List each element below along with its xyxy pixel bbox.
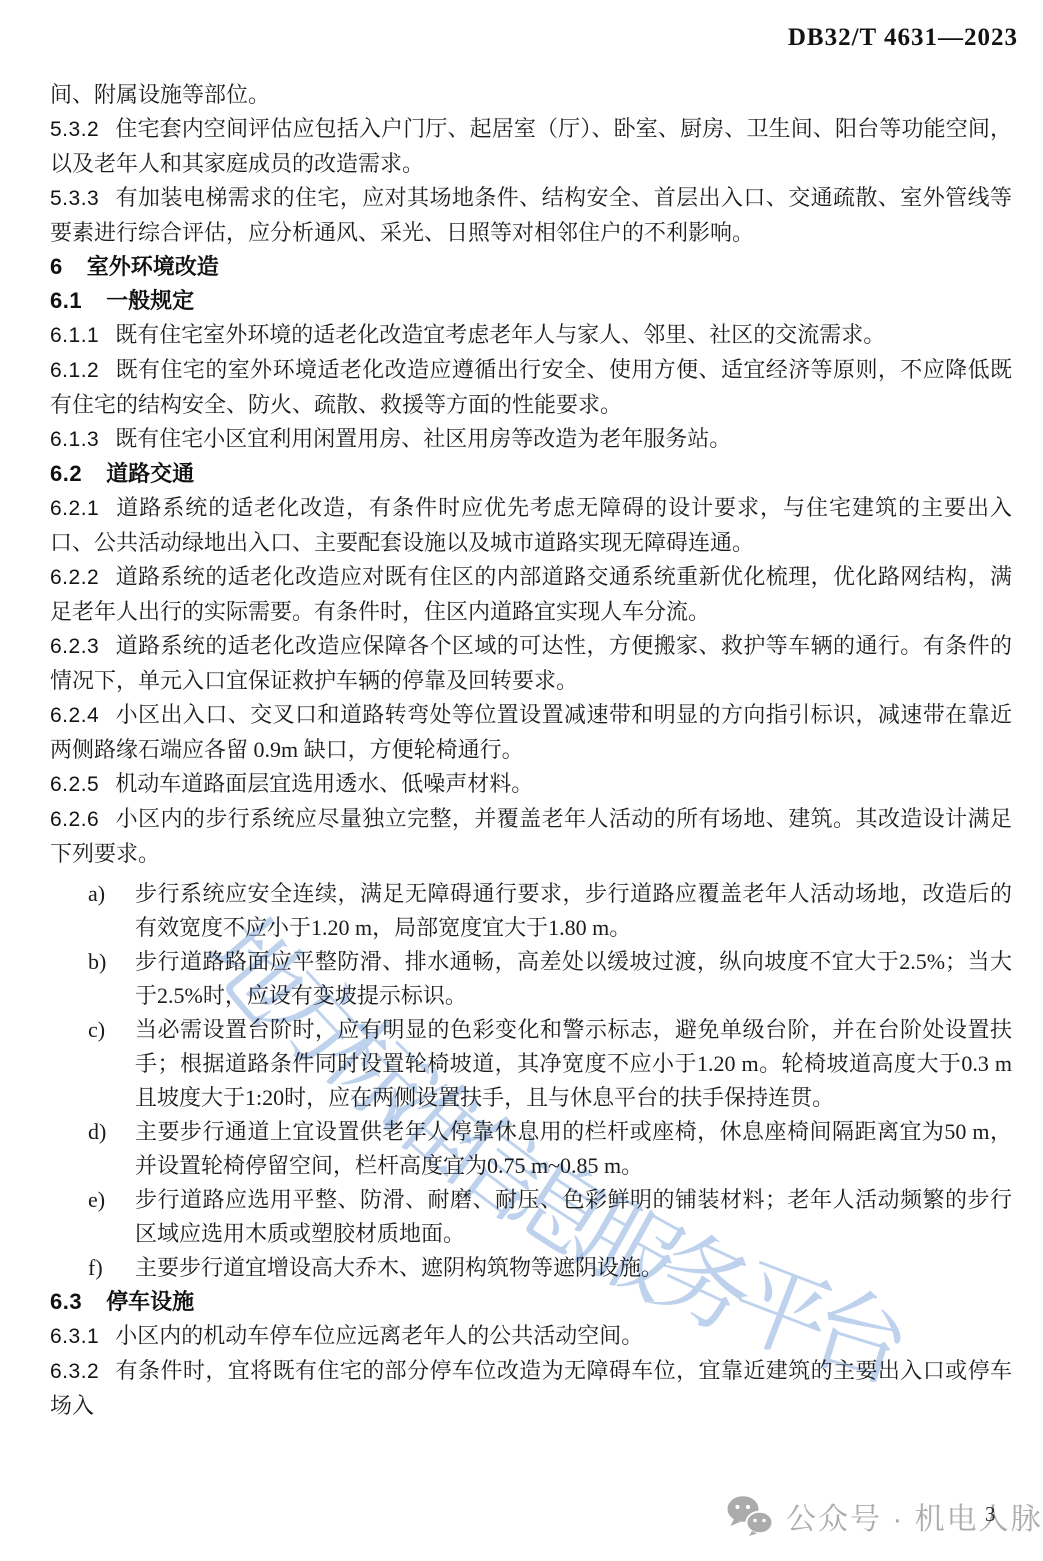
list-text: 主要步行道宜增设高大乔木、遮阴构筑物等遮阴设施。 [135, 1255, 663, 1280]
clause-6-2-4: 6.2.4小区出入口、交叉口和道路转弯处等位置设置减速带和明显的方向指引标识，减… [50, 698, 1012, 767]
list-marker: c) [88, 1013, 105, 1047]
heading-number: 6.2 [50, 461, 82, 486]
heading-title: 一般规定 [106, 288, 194, 313]
list-marker: b) [88, 945, 106, 979]
document-content: 间、附属设施等部位。 5.3.2住宅套内空间评估应包括入户门厅、起居室（厅）、卧… [50, 78, 1012, 1423]
clause-text: 道路系统的适老化改造应保障各个区域的可达性，方便搬家、救护等车辆的通行。有条件的… [50, 633, 1012, 693]
clause-number: 6.2.3 [50, 635, 99, 658]
heading-title: 停车设施 [106, 1289, 194, 1314]
list-text: 主要步行通道上宜设置供老年人停靠休息用的栏杆或座椅，休息座椅间隔距离宜为50 m… [135, 1119, 1012, 1178]
list-marker: f) [88, 1251, 103, 1285]
heading-6-3: 6.3停车设施 [50, 1285, 1012, 1319]
clause-number: 5.3.3 [50, 187, 99, 210]
clause-number: 6.3.2 [50, 1360, 99, 1383]
clause-6-2-1: 6.2.1道路系统的适老化改造，有条件时应优先考虑无障碍的设计要求，与住宅建筑的… [50, 491, 1012, 560]
list-text: 步行道路路面应平整防滑、排水通畅，高差处以缓坡过渡，纵向坡度不宜大于2.5%；当… [135, 949, 1012, 1008]
list-text: 步行系统应安全连续，满足无障碍通行要求，步行道路应覆盖老年人活动场地，改造后的有… [135, 881, 1012, 940]
heading-6: 6室外环境改造 [50, 250, 1012, 284]
clause-number: 6.2.5 [50, 773, 99, 796]
heading-title: 室外环境改造 [87, 254, 219, 279]
page-number: 3 [985, 1502, 996, 1527]
heading-6-1: 6.1一般规定 [50, 284, 1012, 318]
clause-number: 6.1.1 [50, 324, 99, 347]
clause-number: 6.2.1 [50, 497, 99, 520]
list-item-a: a)步行系统应安全连续，满足无障碍通行要求，步行道路应覆盖老年人活动场地，改造后… [50, 877, 1012, 945]
clause-number: 6.2.6 [50, 808, 99, 831]
wechat-icon [726, 1495, 774, 1537]
list-item-e: e)步行道路应选用平整、防滑、耐磨、耐压、色彩鲜明的铺装材料；老年人活动频繁的步… [50, 1183, 1012, 1251]
list-item-b: b)步行道路路面应平整防滑、排水通畅，高差处以缓坡过渡，纵向坡度不宜大于2.5%… [50, 945, 1012, 1013]
clause-text: 道路系统的适老化改造应对既有住区的内部道路交通系统重新优化梳理，优化路网结构，满… [50, 564, 1012, 624]
clause-6-1-1: 6.1.1既有住宅室外环境的适老化改造宜考虑老年人与家人、邻里、社区的交流需求。 [50, 318, 1012, 353]
heading-number: 6.3 [50, 1289, 82, 1314]
standard-number: DB32/T 4631—2023 [788, 24, 1018, 52]
clause-text: 道路系统的适老化改造，有条件时应优先考虑无障碍的设计要求，与住宅建筑的主要出入口… [50, 495, 1012, 555]
document-page: 地方标准信息服务平台 DB32/T 4631—2023 间、附属设施等部位。 5… [0, 0, 1043, 1561]
clause-number: 6.2.4 [50, 704, 99, 727]
heading-title: 道路交通 [106, 461, 194, 486]
clause-6-1-3: 6.1.3既有住宅小区宜利用闲置用房、社区用房等改造为老年服务站。 [50, 422, 1012, 457]
clause-text: 小区出入口、交叉口和道路转弯处等位置设置减速带和明显的方向指引标识，减速带在靠近… [50, 702, 1012, 762]
clause-number: 6.1.2 [50, 359, 99, 382]
list-item-c: c)当必需设置台阶时，应有明显的色彩变化和警示标志，避免单级台阶，并在台阶处设置… [50, 1013, 1012, 1115]
list-marker: a) [88, 877, 105, 911]
footer-label: 公众号 · 机电人脉 [786, 1494, 1043, 1538]
clause-6-2-2: 6.2.2道路系统的适老化改造应对既有住区的内部道路交通系统重新优化梳理，优化路… [50, 560, 1012, 629]
list-marker: e) [88, 1183, 105, 1217]
heading-number: 6.1 [50, 288, 82, 313]
clause-text: 住宅套内空间评估应包括入户门厅、起居室（厅）、卧室、厨房、卫生间、阳台等功能空间… [50, 116, 1012, 176]
list-item-f: f)主要步行道宜增设高大乔木、遮阴构筑物等遮阴设施。 [50, 1251, 1012, 1285]
clause-5-3-2: 5.3.2住宅套内空间评估应包括入户门厅、起居室（厅）、卧室、厨房、卫生间、阳台… [50, 112, 1012, 181]
clause-text: 小区内的步行系统应尽量独立完整，并覆盖老年人活动的所有场地、建筑。其改造设计满足… [50, 806, 1012, 866]
clause-number: 6.2.2 [50, 566, 99, 589]
clause-5-3-3: 5.3.3有加装电梯需求的住宅，应对其场地条件、结构安全、首层出入口、交通疏散、… [50, 181, 1012, 250]
clause-text: 既有住宅室外环境的适老化改造宜考虑老年人与家人、邻里、社区的交流需求。 [115, 322, 885, 347]
clause-text: 有条件时，宜将既有住宅的部分停车位改造为无障碍车位，宜靠近建筑的主要出入口或停车… [50, 1358, 1012, 1418]
list-item-d: d)主要步行通道上宜设置供老年人停靠休息用的栏杆或座椅，休息座椅间隔距离宜为50… [50, 1115, 1012, 1183]
clause-text: 小区内的机动车停车位应远离老年人的公共活动空间。 [115, 1323, 643, 1348]
list-marker: d) [88, 1115, 106, 1149]
paragraph-continuation: 间、附属设施等部位。 [50, 78, 1012, 112]
clause-text: 机动车道路面层宜选用透水、低噪声材料。 [115, 771, 533, 796]
clause-6-2-3: 6.2.3道路系统的适老化改造应保障各个区域的可达性，方便搬家、救护等车辆的通行… [50, 629, 1012, 698]
clause-6-1-2: 6.1.2既有住宅的室外环境适老化改造应遵循出行安全、使用方便、适宜经济等原则，… [50, 353, 1012, 422]
clause-6-3-1: 6.3.1小区内的机动车停车位应远离老年人的公共活动空间。 [50, 1319, 1012, 1354]
clause-number: 6.1.3 [50, 428, 99, 451]
clause-6-3-2: 6.3.2有条件时，宜将既有住宅的部分停车位改造为无障碍车位，宜靠近建筑的主要出… [50, 1354, 1012, 1423]
list-text: 步行道路应选用平整、防滑、耐磨、耐压、色彩鲜明的铺装材料；老年人活动频繁的步行区… [135, 1187, 1012, 1246]
requirement-list: a)步行系统应安全连续，满足无障碍通行要求，步行道路应覆盖老年人活动场地，改造后… [50, 877, 1012, 1285]
clause-text: 既有住宅小区宜利用闲置用房、社区用房等改造为老年服务站。 [115, 426, 731, 451]
clause-text: 有加装电梯需求的住宅，应对其场地条件、结构安全、首层出入口、交通疏散、室外管线等… [50, 185, 1012, 245]
clause-text: 既有住宅的室外环境适老化改造应遵循出行安全、使用方便、适宜经济等原则，不应降低既… [50, 357, 1012, 417]
clause-number: 6.3.1 [50, 1325, 99, 1348]
heading-6-2: 6.2道路交通 [50, 457, 1012, 491]
clause-number: 5.3.2 [50, 118, 99, 141]
clause-6-2-5: 6.2.5机动车道路面层宜选用透水、低噪声材料。 [50, 767, 1012, 802]
heading-number: 6 [50, 254, 63, 279]
list-text: 当必需设置台阶时，应有明显的色彩变化和警示标志，避免单级台阶，并在台阶处设置扶手… [135, 1017, 1012, 1110]
clause-6-2-6: 6.2.6小区内的步行系统应尽量独立完整，并覆盖老年人活动的所有场地、建筑。其改… [50, 802, 1012, 871]
